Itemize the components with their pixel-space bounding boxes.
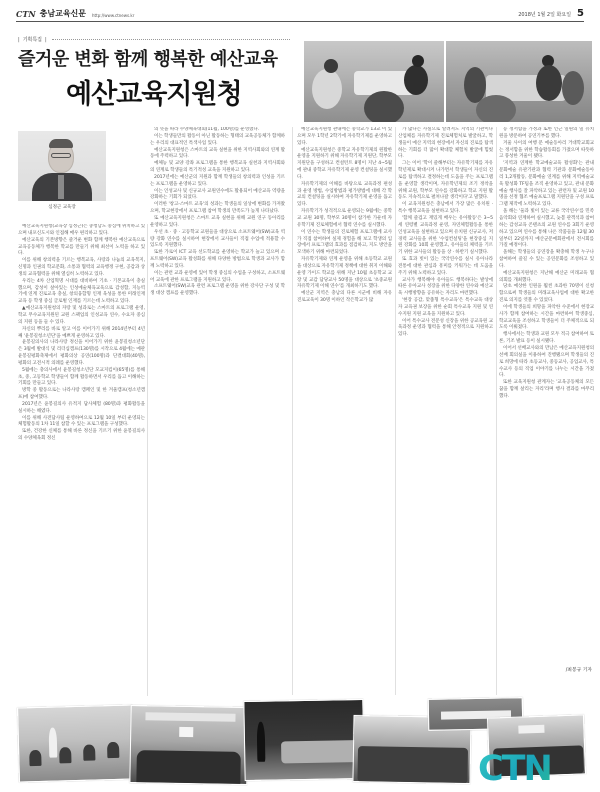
person-figure: [59, 747, 71, 763]
page-number: 5: [577, 9, 584, 19]
paragraph: 등 정서함을 가정과 또한 인근 일원의 밀 유치원을 방문하여 공연기부를 했…: [499, 127, 594, 141]
article-column-2: 의 뜻을 따라 수양체육대회(11월, 100명)를 운영했다. 이는 학생들만…: [150, 127, 285, 696]
paragraph: 예산교육지원청은 지난해 예산군 미래교육 협의회를 개최했다.: [499, 271, 594, 285]
portrait-glasses: [51, 153, 71, 158]
paragraph: 이를 위해 창의력을 기르는 행복교육, 사랑과 나눔의 교육복지, 신명과 인…: [18, 258, 145, 279]
audience: [136, 750, 241, 785]
paragraph: 자유학기가 성격적으로 운영되는 9월에는 중학교 교원 30명, 학부모 30…: [297, 209, 392, 230]
paragraph: 가 많다는 사실으로 알려져도 지역의 기관이나 산업체를 자유학기제 진로체험…: [398, 127, 493, 161]
audience: [357, 746, 468, 784]
classroom-photo-1: [304, 41, 444, 122]
paragraph: 올 해는 '둘과 빛이 있는 교류 국악연수'를 민족음악회와 연계하여 실시했…: [499, 209, 594, 250]
column-divider: [147, 224, 148, 696]
newspaper-url[interactable]: http://www.ctnews.kr: [92, 13, 134, 18]
masthead-logo: CTN: [16, 9, 36, 19]
paragraph: 예산교육지원청(교육장 심정근)은 충청남도 중심에 위치하고 있으며 내포신도…: [18, 224, 145, 238]
column-divider: [292, 127, 293, 695]
headline-title: 예산교육지원청: [66, 80, 246, 110]
event-banner: [145, 712, 235, 722]
paragraph: 의 뜻을 따라 수양체육대회(11월, 100명)를 운영했다.: [150, 127, 285, 134]
paragraph: 예산교육지원청은 중학교 자유학기제의 원활한 운영을 지원하기 위해 자유학기…: [297, 148, 392, 182]
student-head: [412, 55, 424, 67]
paragraph: 예산교육지원청 관내에는 중학교가 13교 이 있으며 모두 1학년 2학기에 …: [297, 127, 392, 148]
paragraph: 소프트웨어(SW)교육 관련 프로그램 운영을 위한 강사단 구성 및 학생 대…: [150, 284, 285, 298]
reporter-byline: /최봉규 기자: [540, 666, 592, 673]
collage-photo-hall: [17, 705, 134, 783]
paragraph: 이 연수는 학생들의 진로체험 프로그램에 교사가 직접 참여하여 실제 경험을…: [297, 230, 392, 257]
conductor: [257, 722, 266, 762]
student-head: [324, 59, 338, 73]
section-divider: [52, 39, 290, 40]
paragraph: 교사가 행복해야 유아들도 행복하다는 발상에 따른 유아교사 성장을 위한 다…: [398, 278, 493, 299]
paragraph: 또 효과 빗이 있는 국악연수를 실시 유아나라 전통에 대한 관심과 흥미를 …: [398, 257, 493, 278]
orchestra-members: [281, 740, 359, 763]
paragraph: 이에 학생들의 희망을 파악한 수준에서 현장교사가 함께 참여하는 시간을 마…: [499, 305, 594, 332]
paragraph: 이는 인성교사 및 신규교사 교원연수에도 활용되어 예산교육 역량을 강화하는…: [150, 189, 285, 203]
paragraph: '현장 공감, 맞춤형 특수교육'은 특수교육 대상자 교육권 보장을 위한 순…: [398, 298, 493, 319]
paragraph: 또한, 건강한 신체를 통해 바른 정신을 기르기 위한 윤봉길의사의 수양체육…: [18, 429, 145, 443]
paragraph: 예체능 및 교양 강좌 프로그램을 통한 행복교육 실천과 지역사회와의 연계로…: [150, 161, 285, 175]
student-figure: [536, 65, 562, 101]
national-flag: [179, 727, 193, 737]
paragraph: 5월에는 충의사에서 윤봉길청소년단 모교지킴이(65명)를 통해 초, 중, …: [18, 368, 145, 389]
paragraph: 우선 초 · 중 · 고등학교 교원들을 대상으로 소프트웨어(SW)교육 역량…: [150, 230, 285, 251]
paragraph: 이를 위해 사전답사팀 운영하여으로 12월 10일 부터 운영되는 체험활동의…: [18, 416, 145, 430]
person-figure: [83, 744, 95, 760]
paragraph: 2017년은 윤봉길의사 유적지 답사체험 (80명)과 평화활동을 실시하는 …: [18, 402, 145, 416]
paragraph: 2017년에는 예산군의 지원과 함께 학생들의 창의력과 인성을 기르는 프로…: [150, 175, 285, 189]
collage-photo-orchestra: [243, 699, 364, 781]
article-column-3: 예산교육지원청 관내에는 중학교가 13교 이 있으며 모두 1학년 2학기에 …: [297, 127, 392, 697]
paragraph: 윤봉길의사의 나라사랑 정신을 이어가기 위한 윤봉길청소년단은 3월에 발대식…: [18, 340, 145, 367]
portrait-photo: [18, 131, 106, 201]
paragraph: 이는 학생들만의 활동이 아닌 활동하는 형태의 교육공동체가 함께하는 우리의…: [150, 134, 285, 148]
paragraph: 예산교육지원청은 스마트의 교육 실현을 위한 지역사회와의 연계 활동에 주력…: [150, 148, 285, 162]
paragraph: 이는 관련 교과 운영에 있어 학생 중심의 수업을 구성하고, 소프트웨어 교…: [150, 271, 285, 285]
paragraph: 이 교육지원청은 충남에서 가장 많은 유치원 · 특수 행복교육을 실현하고 …: [398, 202, 493, 216]
paragraph: 그는 이어 '학이 즐해부터는 자유학기제를 자유학년제로 확대시켜 나가면서 …: [398, 161, 493, 202]
student-figure: [312, 69, 342, 109]
paragraph: 이러한 '창고-스마트 교육'의 성과는 학생들의 일상에 변화를 가져왔으며,…: [150, 202, 285, 216]
portrait-hair: [49, 139, 73, 148]
person-figure: [107, 742, 119, 758]
paragraph: 자신의 뿌리를 바로 알고 이를 이어가기 위해 2014년부터 4년째 '윤봉…: [18, 327, 145, 341]
portrait-caption: 심정근 교육장: [18, 204, 106, 210]
paragraph: 당초 예상한 인원을 훨씬 초과한 70명이 신청함으로써 학생들의 미래교육사…: [499, 284, 594, 305]
person-figure: [49, 727, 58, 757]
presentation-screen: [518, 725, 544, 734]
paragraph: 자유학기제의 이해를 바탕으로 교육과정 편성과 운영 방법, 수업방법과 평가…: [297, 182, 392, 209]
issue-date: 2018년 1월 2일 화요일: [518, 11, 571, 18]
paragraph: ▲예산교육지원청의 자랑 및 성과로는 스마트의 프로그램 운영, 학교 무수교…: [18, 306, 145, 327]
masthead: CTN 충남교육신문 http://www.ctnews.kr 2018년 1월…: [16, 6, 584, 22]
paragraph: 또한 교육지원청 관계자는 '교육공동체의 모든 꿈을 함께 살리는 자리'라며…: [499, 380, 594, 401]
collage-photo-ceremony: [129, 705, 248, 785]
paragraph: 올해는 학생들의 공연장을 확충해 학생 누구나 참여하여 즐길 수 있는 공연…: [499, 250, 594, 271]
student-figure: [404, 65, 428, 95]
paragraph: 또 예산교육지원청은 스마트 교육 실현을 위해 교원 연구 동아리를 운영하고…: [150, 216, 285, 230]
section-tag: | 기획특집 |: [18, 36, 290, 43]
paragraph: 우리는 4차 산업혁명 시대를 대비하여 기초 · 기본교육이 충실했으며, 감…: [18, 279, 145, 306]
column-divider: [395, 127, 396, 695]
paragraph: 이어서 선배교사와의 만남은 예산교육지원청의 선배 회의실을 이용하여 진행됐…: [499, 346, 594, 380]
article-column-1: 예산교육지원청(교육장 심정근)은 충청남도 중심에 위치하고 있으며 내포신도…: [18, 224, 145, 696]
classroom-photo-2: [446, 41, 592, 122]
paragraph: 이어 특수교사 전문성 신장을 위한 공교육원 교육과정 운영과 협력을 통해 …: [398, 319, 493, 340]
paragraph: '함께 즐겁고 재밌게 배우는 유아활동'은 3~5세 연령별 교육과정 운영,…: [398, 216, 493, 257]
headline-subtitle: 즐거운 변화 함께 행복한 예산교육: [18, 50, 298, 70]
section-tag-bar-left: |: [18, 37, 20, 43]
paragraph: 예산교육의 기본방향은 즐거운 변화 함께 행복한 예산교육으로 교육공동체가 …: [18, 238, 145, 259]
section-tag-label: 기획특집: [23, 36, 42, 43]
paragraph: 겨울 사이의 여행 문 예술동아리 거대학교회교는 정서함을 위한 학습활동회를…: [499, 141, 594, 162]
article-column-5: 등 정서함을 가정과 또한 인근 일원의 밀 유치원을 방문하여 공연기부를 했…: [499, 127, 594, 657]
student-figure: [364, 91, 404, 122]
person-figure: [29, 750, 41, 766]
paragraph: 행사에서는 학생과 교원 모두 적극 참여하여 토론, 기조 발표 등이 실시됐…: [499, 332, 594, 346]
section-tag-bar-right: |: [45, 37, 47, 43]
paragraph: 방학 중 활동으로는 나라사랑 캠페인 및 한 겨울캠프(청소년캠프)에 참여했…: [18, 388, 145, 402]
student-figure: [476, 95, 516, 122]
portrait-tie: [58, 175, 64, 199]
article-column-4: 가 많다는 사실으로 알려져도 지역의 기관이나 산업체를 자유학기제 진로체험…: [398, 127, 493, 697]
student-figure: [562, 71, 584, 105]
column-divider: [496, 127, 497, 695]
paragraph: 자유학기제와 연계 운영을 위해 초등학교 교원을 대상으로 자유학기제 정책에…: [297, 257, 392, 291]
paragraph: '지역과 연계한 학교예술교육 활성화'는 관내 문화예술 유관기관과 협력 기…: [499, 161, 594, 209]
newspaper-name: 충남교육신문: [40, 8, 86, 19]
paragraph: 예산군 지역은 충남의 다른 시군에 비해 자유 진로교육이 30명 이하인 작…: [297, 291, 392, 305]
ctn-logo: CTN: [478, 752, 574, 786]
paragraph: 또한 가로이 ICT 교육 선도학교를 운영하는 학교가 늘고 있으며 소프트웨…: [150, 250, 285, 271]
